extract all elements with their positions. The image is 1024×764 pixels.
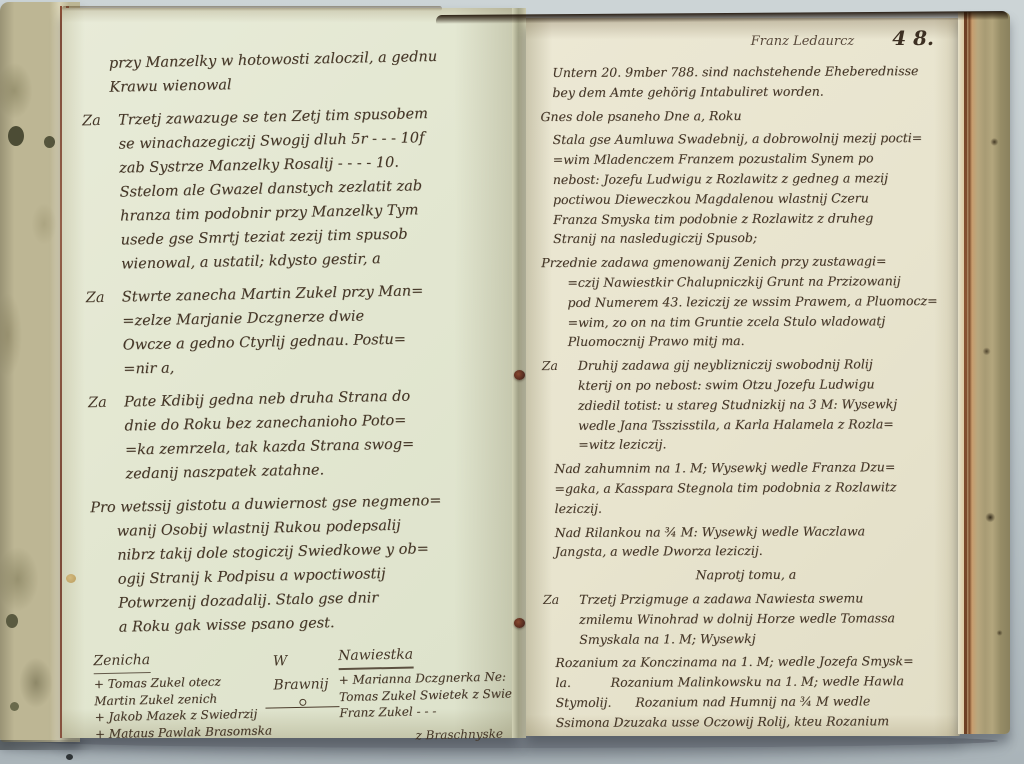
- handwritten-line: kterij on po nebost: swim Otzu Jozefu Lu…: [578, 374, 948, 396]
- margin-label: Za: [82, 109, 101, 133]
- groom-heading: Zenicha: [93, 648, 150, 674]
- paragraph-lines: Nad zahumnim na 1. M; Wysewkj wedle Fran…: [554, 457, 948, 518]
- margin-label: Za: [542, 356, 558, 376]
- paragraph-lines: przy Manzelky w hotowosti zaloczil, a ge…: [109, 44, 490, 100]
- page-stain: [66, 574, 76, 583]
- handwritten-line: Gnes dole psaneho Dne a, Roku: [540, 105, 946, 127]
- handwritten-line: Jangsta, a wedle Dworza leziczij.: [555, 540, 949, 562]
- right-page: Franz Ledaurcz 4 8. Untern 20. 9mber 788…: [526, 18, 960, 736]
- paragraph-lines: Stwrte zanecha Martin Zukel przy Man==ze…: [122, 278, 496, 382]
- handwritten-line: nebost: Jozefu Ludwigu z Rozlawitz z ged…: [553, 168, 947, 190]
- handwritten-paragraph: Za Trzetj Przigmuge a zadawa Nawiesta sw…: [543, 588, 949, 650]
- cover-stain: [44, 136, 55, 148]
- handwritten-paragraph: przy Manzelky w hotowosti zaloczil, a ge…: [109, 44, 490, 100]
- page-edge-band: [964, 12, 967, 734]
- handwritten-line: Untern 20. 9mber 788. sind nachstehende …: [552, 61, 946, 83]
- handwritten-paragraph: Za Trzetj zawazuge se ten Zetj tim spuso…: [82, 101, 493, 278]
- handwritten-line: Pluomocznij Prawo mitj ma.: [568, 330, 948, 352]
- handwritten-line: =czij Nawiestkir Chalupniczkij Grunt na …: [567, 271, 947, 293]
- margin-label: Za: [88, 391, 107, 415]
- paragraph-lines: Stala gse Aumluwa Swadebnij, a dobrowoln…: [553, 128, 948, 249]
- paragraph-lines: Untern 20. 9mber 788. sind nachstehende …: [552, 61, 946, 103]
- handwritten-paragraph: Stala gse Aumluwa Swadebnij, a dobrowoln…: [553, 128, 948, 249]
- handwritten-paragraph: Nad Rilankou na ¾ M: Wysewkj wedle Waczl…: [555, 520, 949, 562]
- groom-signatures: Zenicha + Tomas Zukel oteczMartin Zukel …: [93, 646, 267, 754]
- handwritten-line: poctiwou Dieweczkou Magdalenou wlastnij …: [553, 188, 947, 210]
- paragraph-lines: Naprotj tomu, a: [543, 564, 949, 586]
- bride-signatures: Nawiestka + Marianna Dczgnerka Ne:Tomas …: [338, 641, 503, 749]
- handwritten-line: Franz Zukel - - -: [339, 702, 502, 722]
- handwritten-line: wedle Jana Tsszisstila, a Karla Halamela…: [578, 413, 948, 435]
- handwritten-line: la. Rozanium Malinkowsku na 1. M; wedle …: [555, 671, 949, 693]
- stitch-knot: [514, 618, 525, 628]
- handwritten-line: Naprotj tomu, a: [543, 564, 949, 586]
- handwritten-line: Nad zahumnim na 1. M; Wysewkj wedle Fran…: [554, 457, 948, 479]
- paragraph-lines: Trzetj Przigmuge a zadawa Nawiesta swemu…: [579, 588, 949, 649]
- signature-tail: z Braschnyske: [340, 721, 504, 748]
- left-page: przy Manzelky w hotowosti zaloczil, a ge…: [62, 8, 518, 738]
- handwritten-paragraph: Untern 20. 9mber 788. sind nachstehende …: [552, 61, 946, 103]
- handwritten-paragraph: Za Stwrte zanecha Martin Zukel przy Man=…: [86, 278, 496, 383]
- handwritten-line: Nad Rilankou na ¾ M: Wysewkj wedle Waczl…: [555, 520, 949, 542]
- cover-stain: [10, 702, 19, 711]
- cover-stain: [6, 614, 18, 628]
- handwritten-line: Stymolij. Rozanium nad Humnij na ¾ M wed…: [556, 691, 950, 713]
- handwritten-line: Ssimona Dzuzaka usse Oczowij Rolij, kteu…: [556, 711, 950, 733]
- handwritten-line: leziczij.: [555, 497, 949, 519]
- bride-heading: Nawiestka: [338, 643, 414, 671]
- cover-corner-shadow: [0, 740, 96, 750]
- binding-gutter: [512, 8, 526, 738]
- right-page-text: Untern 20. 9mber 788. sind nachstehende …: [540, 61, 950, 737]
- paragraph-lines: Gnes dole psaneho Dne a, Roku: [540, 105, 946, 127]
- handwritten-line: Stala gse Aumluwa Swadebnij, a dobrowoln…: [553, 128, 947, 150]
- handwritten-line: Smyskala na 1. M; Wysewkj: [579, 627, 949, 649]
- handwritten-line: =gaka, a Kasspara Stegnola tim podobnia …: [554, 477, 948, 499]
- manuscript-photo: przy Manzelky w hotowosti zaloczil, a ge…: [0, 0, 1024, 764]
- center-signature: W Brawnij: [265, 644, 341, 750]
- handwritten-paragraph: Przednie zadawa gmenowanij Zenich przy z…: [541, 251, 948, 352]
- page-edge-stack: [958, 12, 1010, 734]
- handwritten-line: Druhij zadawa gij neyblizniczij swobodni…: [578, 354, 948, 376]
- handwritten-line: Trzetj Przigmuge a zadawa Nawiesta swemu: [579, 588, 949, 610]
- paragraph-lines: Pate Kdibij gedna neb druha Strana dodni…: [124, 383, 498, 487]
- handwritten-paragraph: Rozanium za Konczinama na 1. M; wedle Jo…: [555, 651, 949, 732]
- handwritten-line: Przednie zadawa gmenowanij Zenich przy z…: [541, 251, 947, 273]
- paragraph-lines: Druhij zadawa gij neyblizniczij swobodni…: [578, 354, 949, 455]
- paragraph-lines: Przednie zadawa gmenowanij Zenich przy z…: [541, 251, 948, 352]
- handwritten-line: bey dem Amte gehörig Intabuliret worden.: [552, 81, 946, 103]
- handwritten-line: Rozanium za Konczinama na 1. M; wedle Jo…: [555, 651, 949, 673]
- handwritten-line: =witz leziczij.: [578, 433, 948, 455]
- handwritten-paragraph: Nad zahumnim na 1. M; Wysewkj wedle Fran…: [554, 457, 948, 518]
- center-flourish: W Brawnij: [265, 648, 340, 709]
- handwritten-paragraph: Pro wetssij gistotu a duwiernost gse neg…: [90, 488, 501, 641]
- paragraph-lines: Pro wetssij gistotu a duwiernost gse neg…: [90, 488, 501, 641]
- signature-block: Zenicha + Tomas Zukel oteczMartin Zukel …: [93, 641, 503, 754]
- signature-names: + Marianna Dczgnerka Ne:Tomas Zukel Swie…: [339, 669, 503, 722]
- stitch-knot: [514, 370, 525, 380]
- handwritten-line: Stranij na nasledugiczij Spusob;: [553, 227, 947, 249]
- handwritten-line: =wim Mladenczem Franzem pozustalim Synem…: [553, 148, 947, 170]
- handwritten-line: + Mataus Pawlak Brasomska: [95, 722, 267, 742]
- handwritten-paragraph: Za Pate Kdibij gedna neb druha Strana do…: [88, 383, 498, 488]
- dust-speck: [66, 754, 73, 760]
- handwritten-paragraph: Gnes dole psaneho Dne a, Roku: [540, 105, 946, 127]
- page-header: Franz Ledaurcz 4 8.: [751, 26, 934, 50]
- margin-label: Za: [86, 286, 105, 310]
- handwritten-line: pod Numerem 43. leziczij ze wssim Prawem…: [567, 291, 947, 313]
- paragraph-lines: Trzetj zawazuge se ten Zetj tim spusobem…: [118, 101, 493, 277]
- handwritten-line: zmilemu Winohrad w dolnij Horze wedle To…: [579, 608, 949, 630]
- page-top-shadow: [62, 6, 442, 11]
- handwritten-line: =wim, zo on na tim Gruntie zcela Stulo w…: [568, 311, 948, 333]
- paragraph-lines: Rozanium za Konczinama na 1. M; wedle Jo…: [555, 651, 949, 732]
- owner-name: Franz Ledaurcz: [751, 34, 854, 49]
- handwritten-line: Franza Smyska tim podobnie z Rozlawitz z…: [553, 208, 947, 230]
- page-number: 4 8.: [892, 26, 934, 50]
- signature-names: + Tomas Zukel oteczMartin Zukel zenich+ …: [94, 673, 267, 743]
- handwritten-paragraph: Za Druhij zadawa gij neyblizniczij swobo…: [542, 354, 949, 455]
- handwritten-line: zdiedil totist: u stareg Studnizkij na 3…: [578, 394, 948, 416]
- left-page-text: przy Manzelky w hotowosti zaloczil, a ge…: [81, 44, 504, 754]
- cover-stain: [8, 126, 24, 146]
- margin-label: Za: [543, 590, 559, 610]
- handwritten-paragraph: Naprotj tomu, a: [543, 564, 949, 586]
- paragraph-lines: Nad Rilankou na ¾ M: Wysewkj wedle Waczl…: [555, 520, 949, 562]
- handwritten-line: Tomas Zukel Swietek z Swied:: [339, 685, 502, 705]
